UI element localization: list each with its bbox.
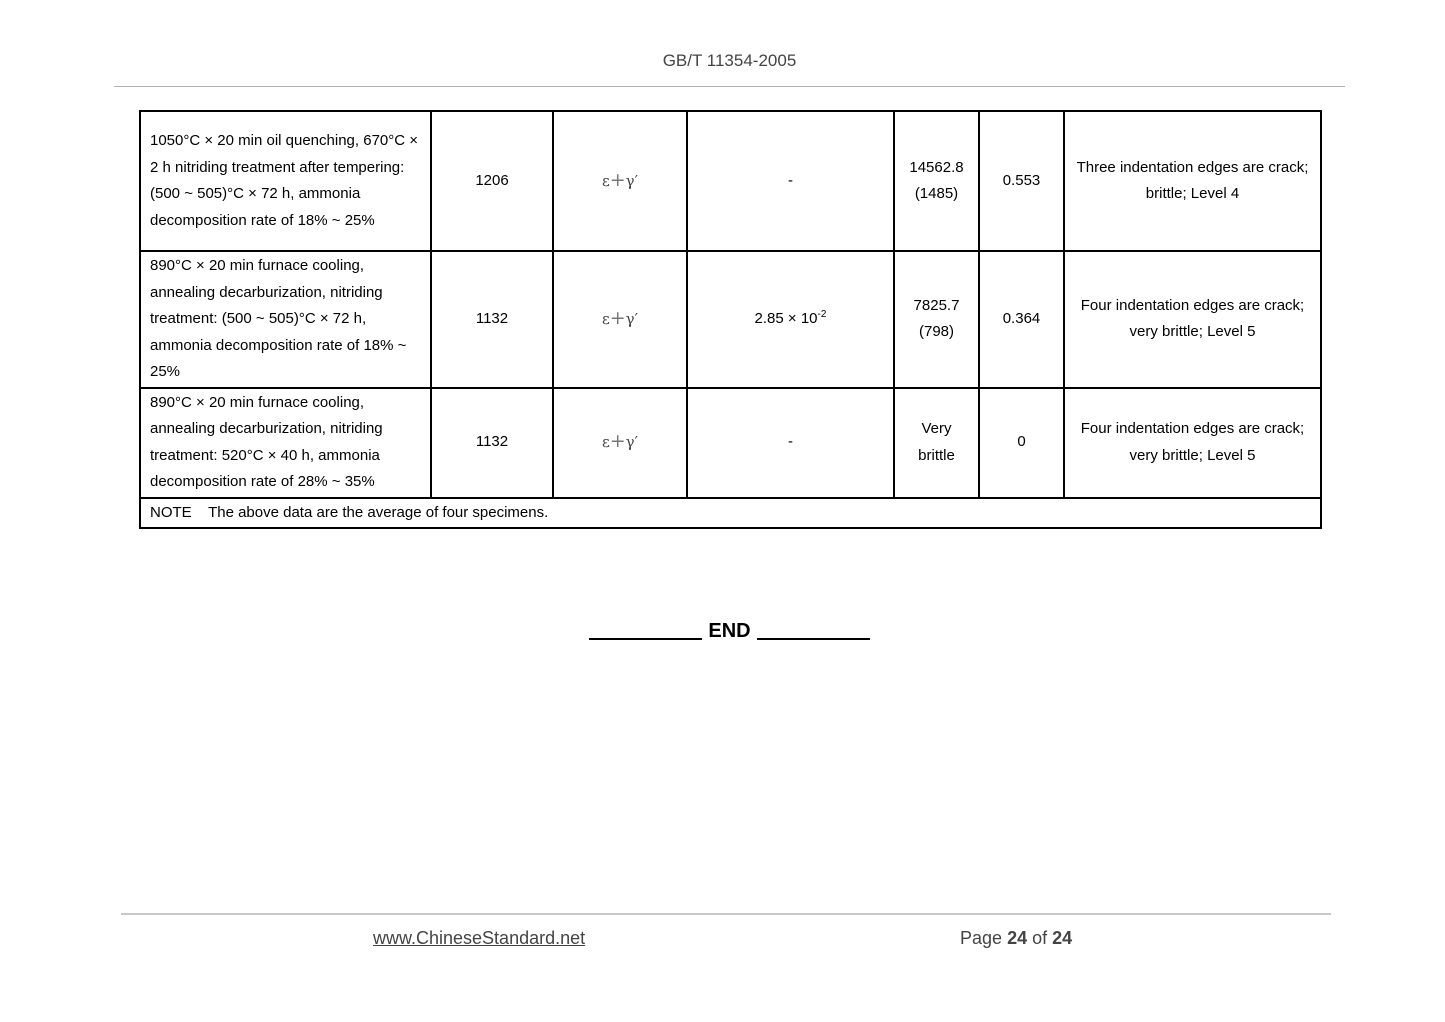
table-row: 1050°C × 20 min oil quenching, 670°C × 2… bbox=[140, 111, 1321, 251]
condition-cell: 1050°C × 20 min oil quenching, 670°C × 2… bbox=[140, 111, 431, 251]
hardness-cell: 1206 bbox=[431, 111, 553, 251]
table-note-row: NOTE The above data are the average of f… bbox=[140, 498, 1321, 528]
end-rule-left bbox=[589, 638, 702, 640]
assessment-cell: Four indentation edges are crack; very b… bbox=[1064, 251, 1321, 388]
brittleness-cell: Verybrittle bbox=[894, 388, 979, 498]
value-cell: - bbox=[687, 111, 894, 251]
value-cell: - bbox=[687, 388, 894, 498]
ratio-cell: 0 bbox=[979, 388, 1064, 498]
brittleness-cell: 14562.8(1485) bbox=[894, 111, 979, 251]
header-divider bbox=[114, 86, 1345, 87]
website-link[interactable]: www.ChineseStandard.net bbox=[373, 928, 585, 949]
document-header-title: GB/T 11354-2005 bbox=[0, 51, 1445, 71]
end-marker: END bbox=[0, 620, 1445, 643]
phase-cell: ε+γ′ bbox=[553, 388, 687, 498]
total-pages: 24 bbox=[1052, 928, 1072, 948]
page-indicator: Page 24 of 24 bbox=[960, 928, 1072, 949]
current-page: 24 bbox=[1007, 928, 1027, 948]
footer-divider bbox=[121, 913, 1331, 915]
value-cell: 2.85 × 10-2 bbox=[687, 251, 894, 388]
table-note: NOTE The above data are the average of f… bbox=[140, 498, 1321, 528]
ratio-cell: 0.553 bbox=[979, 111, 1064, 251]
end-rule-right bbox=[757, 638, 870, 640]
hardness-cell: 1132 bbox=[431, 388, 553, 498]
ratio-cell: 0.364 bbox=[979, 251, 1064, 388]
condition-cell: 890°C × 20 min furnace cooling, annealin… bbox=[140, 388, 431, 498]
phase-cell: ε+γ′ bbox=[553, 251, 687, 388]
table-row: 890°C × 20 min furnace cooling, annealin… bbox=[140, 251, 1321, 388]
brittleness-cell: 7825.7(798) bbox=[894, 251, 979, 388]
phase-cell: ε+γ′ bbox=[553, 111, 687, 251]
table-row: 890°C × 20 min furnace cooling, annealin… bbox=[140, 388, 1321, 498]
end-label: END bbox=[708, 620, 750, 642]
assessment-cell: Three indentation edges are crack; britt… bbox=[1064, 111, 1321, 251]
results-table: 1050°C × 20 min oil quenching, 670°C × 2… bbox=[139, 110, 1322, 529]
hardness-cell: 1132 bbox=[431, 251, 553, 388]
assessment-cell: Four indentation edges are crack; very b… bbox=[1064, 388, 1321, 498]
condition-cell: 890°C × 20 min furnace cooling, annealin… bbox=[140, 251, 431, 388]
